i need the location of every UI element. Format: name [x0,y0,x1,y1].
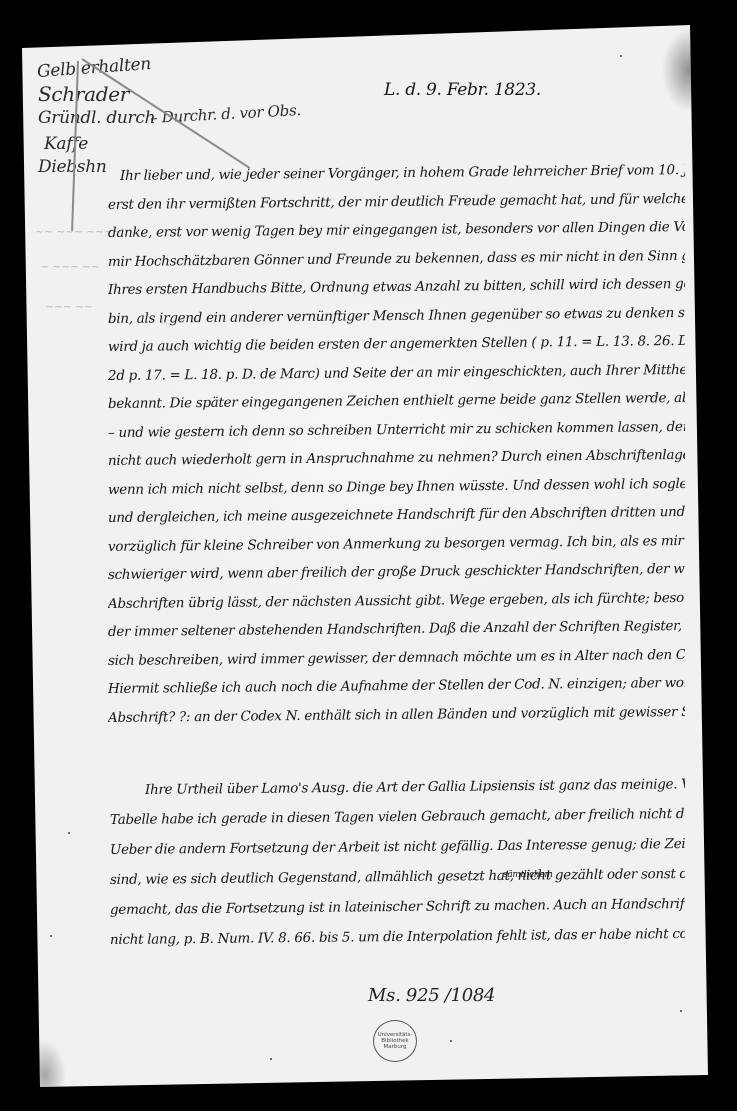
handwritten-line: der immer seltener abstehenden Handschri… [108,618,685,640]
speck [450,1040,452,1042]
handwritten-line: Ihre Urtheil über Lamo's Ausg. die Art d… [145,776,685,798]
handwritten-line: bin, als irgend ein anderer vernünftiger… [108,304,685,326]
handwritten-line: mir Hochschätzbaren Gönner und Freunde z… [108,247,685,269]
handwritten-line: wird ja auch wichtig die beiden ersten d… [108,333,685,355]
handwritten-line: gemacht, das die Fortsetzung ist in late… [110,896,685,918]
bleed-through-text: ~ ~~~ ~~ [40,260,100,273]
interlinear-note: sämtlichem [503,870,553,880]
speck [68,832,70,834]
date-line: L. d. 9. Febr. 1823. [384,80,541,100]
handwritten-line: bekannt. Die später eingegangenen Zeiche… [108,390,685,412]
speck [50,935,52,937]
handwritten-line: 2d p. 17. = L. 18. p. D. de Marc) und Se… [108,361,685,383]
stamp-line: Marburg [383,1044,406,1050]
handwritten-line: Ueber die andern Fortsetzung der Arbeit … [110,836,685,858]
handwritten-line: und dergleichen, ich meine ausgezeichnet… [108,504,685,526]
handwritten-line: Abschrift? ?: an der Codex N. enthält si… [108,703,685,725]
bleed-through-text: ~~~ ~~ [45,300,93,313]
handwritten-line: erst den ihr vermißten Fortschritt, der … [108,190,685,212]
handwritten-line: Hiermit schließe ich auch noch die Aufna… [108,675,685,697]
handwritten-line: Ihr lieber und, wie jeder seiner Vorgäng… [120,162,685,184]
header-note: – Durchr. d. vor Obs. [150,101,302,127]
shelfmark: Ms. 925 /1084 [368,985,495,1006]
margin-note: Gründl. durch [38,108,155,128]
library-stamp: Universitäts- Bibliothek Marburg [373,1020,417,1062]
margin-note: Kaffe [44,134,88,154]
handwritten-line: vorzüglich für kleine Schreiber von Anme… [108,532,685,554]
handwritten-line: schwieriger wird, wenn aber freilich der… [108,561,685,583]
handwritten-line: nicht auch wiederholt gern in Anspruchna… [108,447,685,469]
handwritten-line: Abschriften übrig lässt, der nächsten Au… [108,589,685,611]
speck [680,1010,682,1012]
handwritten-line: danke, erst vor wenig Tagen bey mir eing… [108,219,685,241]
speck [620,55,622,57]
margin-note: Schrader [38,82,129,106]
handwritten-line: nicht lang, p. B. Num. IV. 8. 66. bis 5.… [110,926,685,948]
paper-sheet: Gelb erhalten Schrader Gründl. durch Kaf… [0,0,737,1111]
handwritten-line: sind, wie es sich deutlich Gegenstand, a… [110,866,685,888]
handwritten-line: sich beschreiben, wird immer gewisser, d… [108,646,685,668]
handwritten-line: – und wie gestern ich denn so schreiben … [108,418,685,440]
speck [270,1058,272,1060]
handwritten-line: Tabelle habe ich gerade in diesen Tagen … [110,806,685,828]
handwritten-line: Ihres ersten Handbuchs Bitte, Ordnung et… [108,276,685,298]
speck [345,30,347,32]
handwritten-line: wenn ich mich nicht selbst, denn so Ding… [108,475,685,497]
